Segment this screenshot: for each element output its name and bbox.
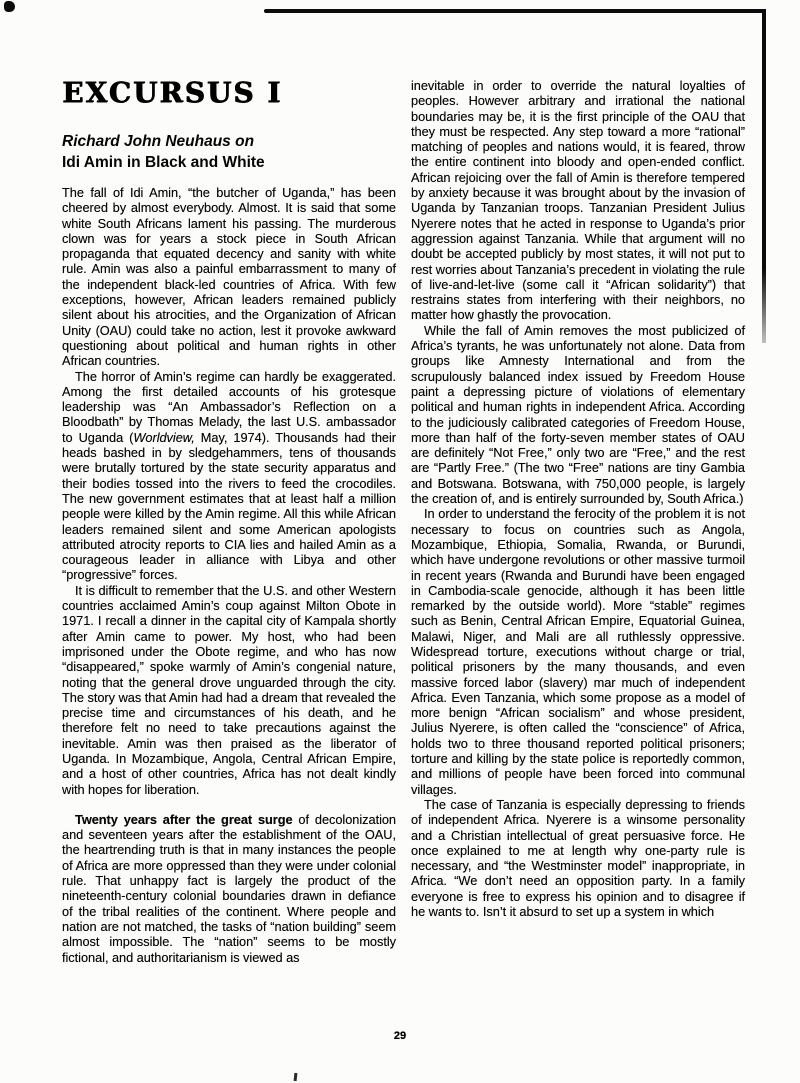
article-title: EXCURSUS I	[62, 78, 396, 108]
scan-artifact-right-edge-line	[762, 9, 766, 343]
paragraph: In order to understand the ferocity of t…	[411, 506, 745, 797]
scan-artifact-corner-blob	[4, 1, 15, 12]
left-column-body: The fall of Idi Amin, “the butcher of Ug…	[62, 185, 396, 965]
scanned-page: EXCURSUS I Richard John Neuhaus on Idi A…	[0, 0, 800, 1083]
paragraph: It is difficult to remember that the U.S…	[62, 583, 396, 797]
paragraph: The horror of Amin’s regime can hardly b…	[62, 369, 396, 583]
right-column: inevitable in order to override the natu…	[411, 78, 745, 919]
left-column: EXCURSUS I Richard John Neuhaus on Idi A…	[62, 78, 396, 965]
paragraph: Twenty years after the great surge of de…	[62, 812, 396, 965]
byline: Richard John Neuhaus on Idi Amin in Blac…	[62, 131, 396, 173]
paragraph: The case of Tanzania is especially depre…	[411, 797, 745, 919]
paragraph: inevitable in order to override the natu…	[411, 78, 745, 323]
scan-artifact-bottom-tick	[294, 1073, 298, 1081]
byline-author: Richard John Neuhaus on	[62, 131, 396, 152]
scan-artifact-top-edge-line	[264, 9, 766, 13]
byline-subject: Idi Amin in Black and White	[62, 152, 396, 173]
right-column-body: inevitable in order to override the natu…	[411, 78, 745, 919]
page-number: 29	[360, 1030, 440, 1042]
paragraph: The fall of Idi Amin, “the butcher of Ug…	[62, 185, 396, 369]
paragraph: While the fall of Amin removes the most …	[411, 323, 745, 507]
